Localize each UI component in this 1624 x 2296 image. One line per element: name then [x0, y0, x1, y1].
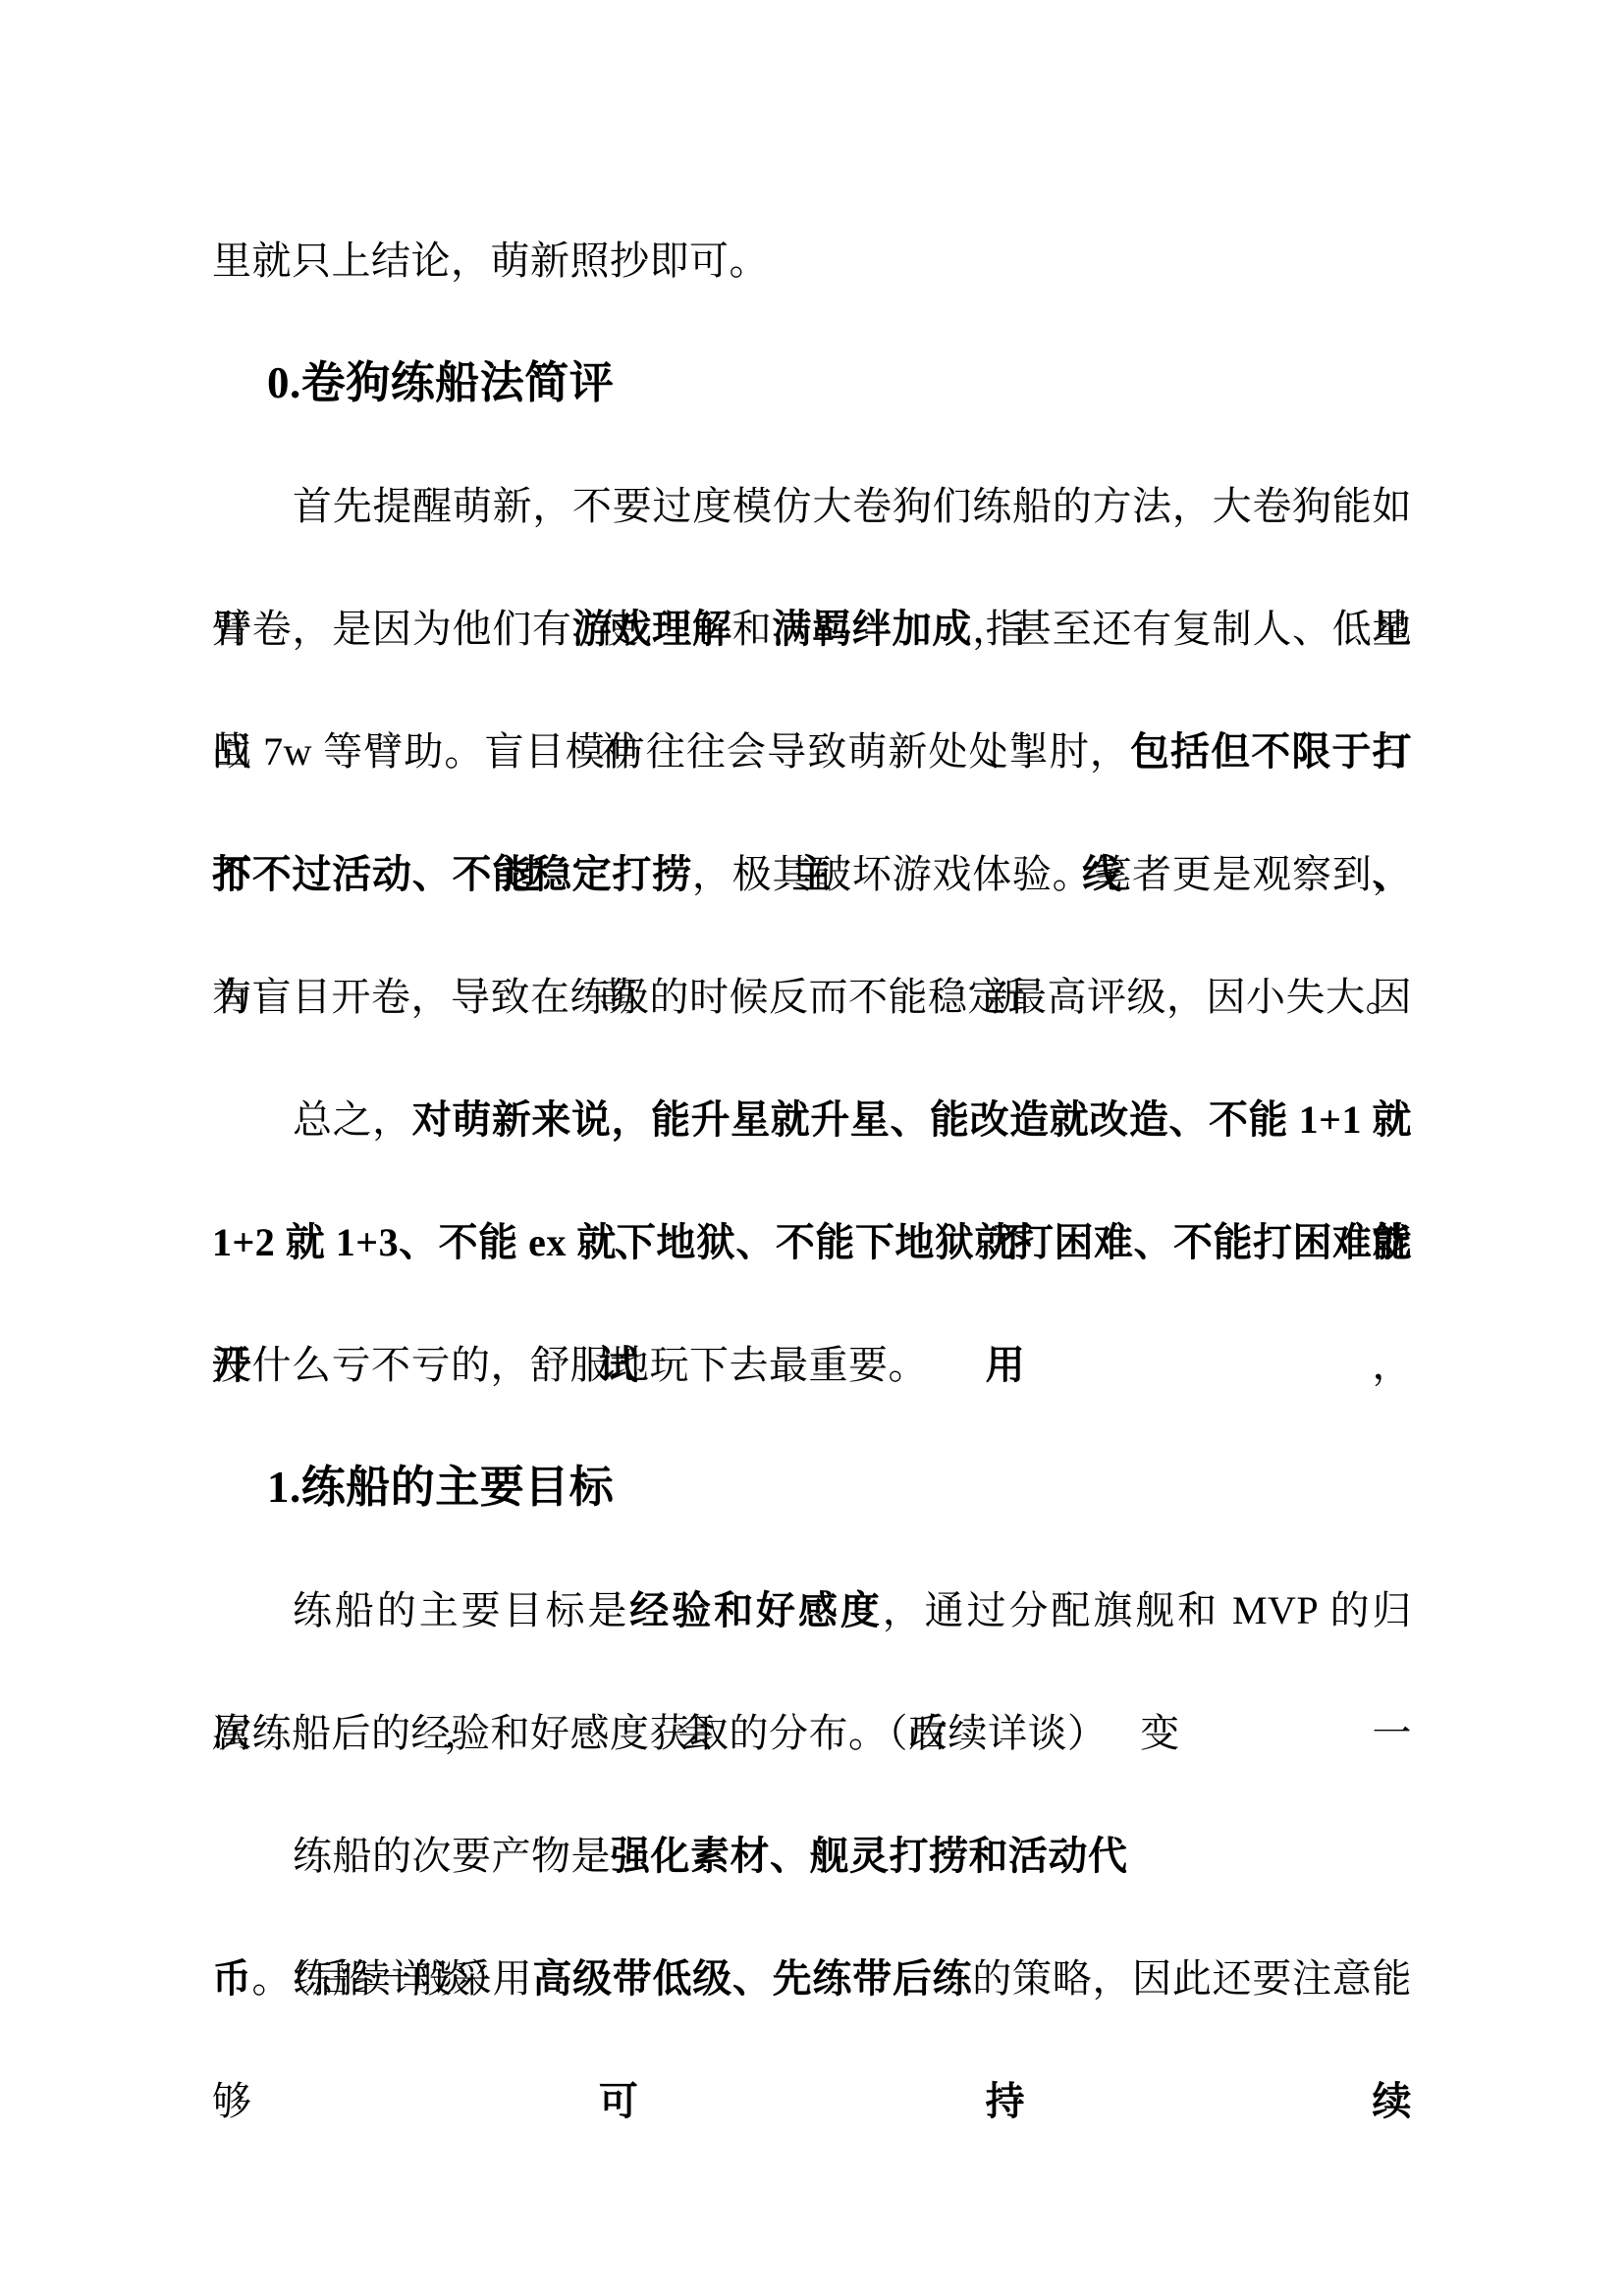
document-line: 1+2 就 1+3、不能 ex 就下地狱、不能下地狱就打困难、不能打困难就开试用…	[212, 1181, 1412, 1304]
document-line: 为盲目开卷，导致在练级的时候反而不能稳定最高评级，因小失大。	[212, 935, 1412, 1058]
text-run: 为盲目开卷，导致在练级的时候反而不能稳定最高评级，因小失大。	[212, 975, 1405, 1019]
text-run: 打不过活动、不能稳定打捞	[212, 852, 692, 896]
document-line: 回 7w 等臂助。盲目模仿往往会导致萌新处处掣肘，包括但不限于打不过主线、	[212, 690, 1412, 813]
text-run: 没什么亏不亏的，舒服地玩下去最重要。	[212, 1343, 928, 1387]
text-run: 练船一般采用	[293, 1956, 532, 2001]
section-heading: 0.卷狗练船法简评	[212, 322, 1412, 445]
document-page: 里就只上结论，萌新照抄即可。0.卷狗练船法简评首先提醒萌新，不要过度模仿大卷狗们…	[0, 0, 1624, 2296]
text-run: 练船的次要产物是	[293, 1834, 611, 1878]
text-run: 回 7w 等臂助。盲目模仿往往会导致萌新处处掣肘，	[212, 729, 1130, 774]
text-run: ，	[1373, 1343, 1413, 1387]
document-line: 里就只上结论，萌新照抄即可。	[212, 199, 1412, 322]
text-run: 练船的主要目标是	[293, 1588, 629, 1632]
text-run: 满羁绊加成	[772, 607, 972, 651]
text-run: 和	[732, 607, 773, 651]
text-run: 1.练船的主要目标	[267, 1463, 614, 1512]
text-run: 0.卷狗练船法简评	[267, 358, 614, 407]
document-line: 练船一般采用高级带低级、先练带后练的策略，因此还要注意能够可持续	[212, 1917, 1412, 2040]
document-line: 打不过活动、不能稳定打捞，极其破坏游戏体验。笔者更是观察到，有萌新因	[212, 813, 1412, 935]
text-run: 总之，	[293, 1097, 412, 1142]
text-run: 里就只上结论，萌新照抄即可。	[212, 239, 769, 283]
document-line: 练船的主要目标是经验和好感度，通过分配旗舰和 MVP 的归属，会改变一	[212, 1549, 1412, 1672]
text-run: 经验和好感度	[629, 1588, 882, 1632]
document-line: 总之，对萌新来说，能升星就升星、能改造就改造、不能 1+1 就 1+2、不能	[212, 1058, 1412, 1181]
text-run: 高级带低级、先练带后练	[532, 1956, 972, 2001]
text-run: 可持续	[599, 2079, 1412, 2123]
document-content: 里就只上结论，萌新照抄即可。0.卷狗练船法简评首先提醒萌新，不要过度模仿大卷狗们…	[212, 199, 1412, 2040]
text-run: 游戏理解	[572, 607, 732, 651]
document-line: 首先提醒萌新，不要过度模仿大卷狗们练船的方法，大卷狗能如臂使指地	[212, 445, 1412, 567]
text-run: 开卷，是因为他们有	[212, 607, 572, 651]
section-heading: 1.练船的主要目标	[212, 1426, 1412, 1549]
document-line: 开卷，是因为他们有游戏理解和满羁绊加成，甚至还有复制人、低星战神、日	[212, 567, 1412, 690]
text-run: 次练船后的经验和好感度获取的分布。（后续详谈）	[212, 1711, 1108, 1755]
document-line: 练船的次要产物是强化素材、舰灵打捞和活动代币。（后续详谈）	[212, 1794, 1412, 1917]
